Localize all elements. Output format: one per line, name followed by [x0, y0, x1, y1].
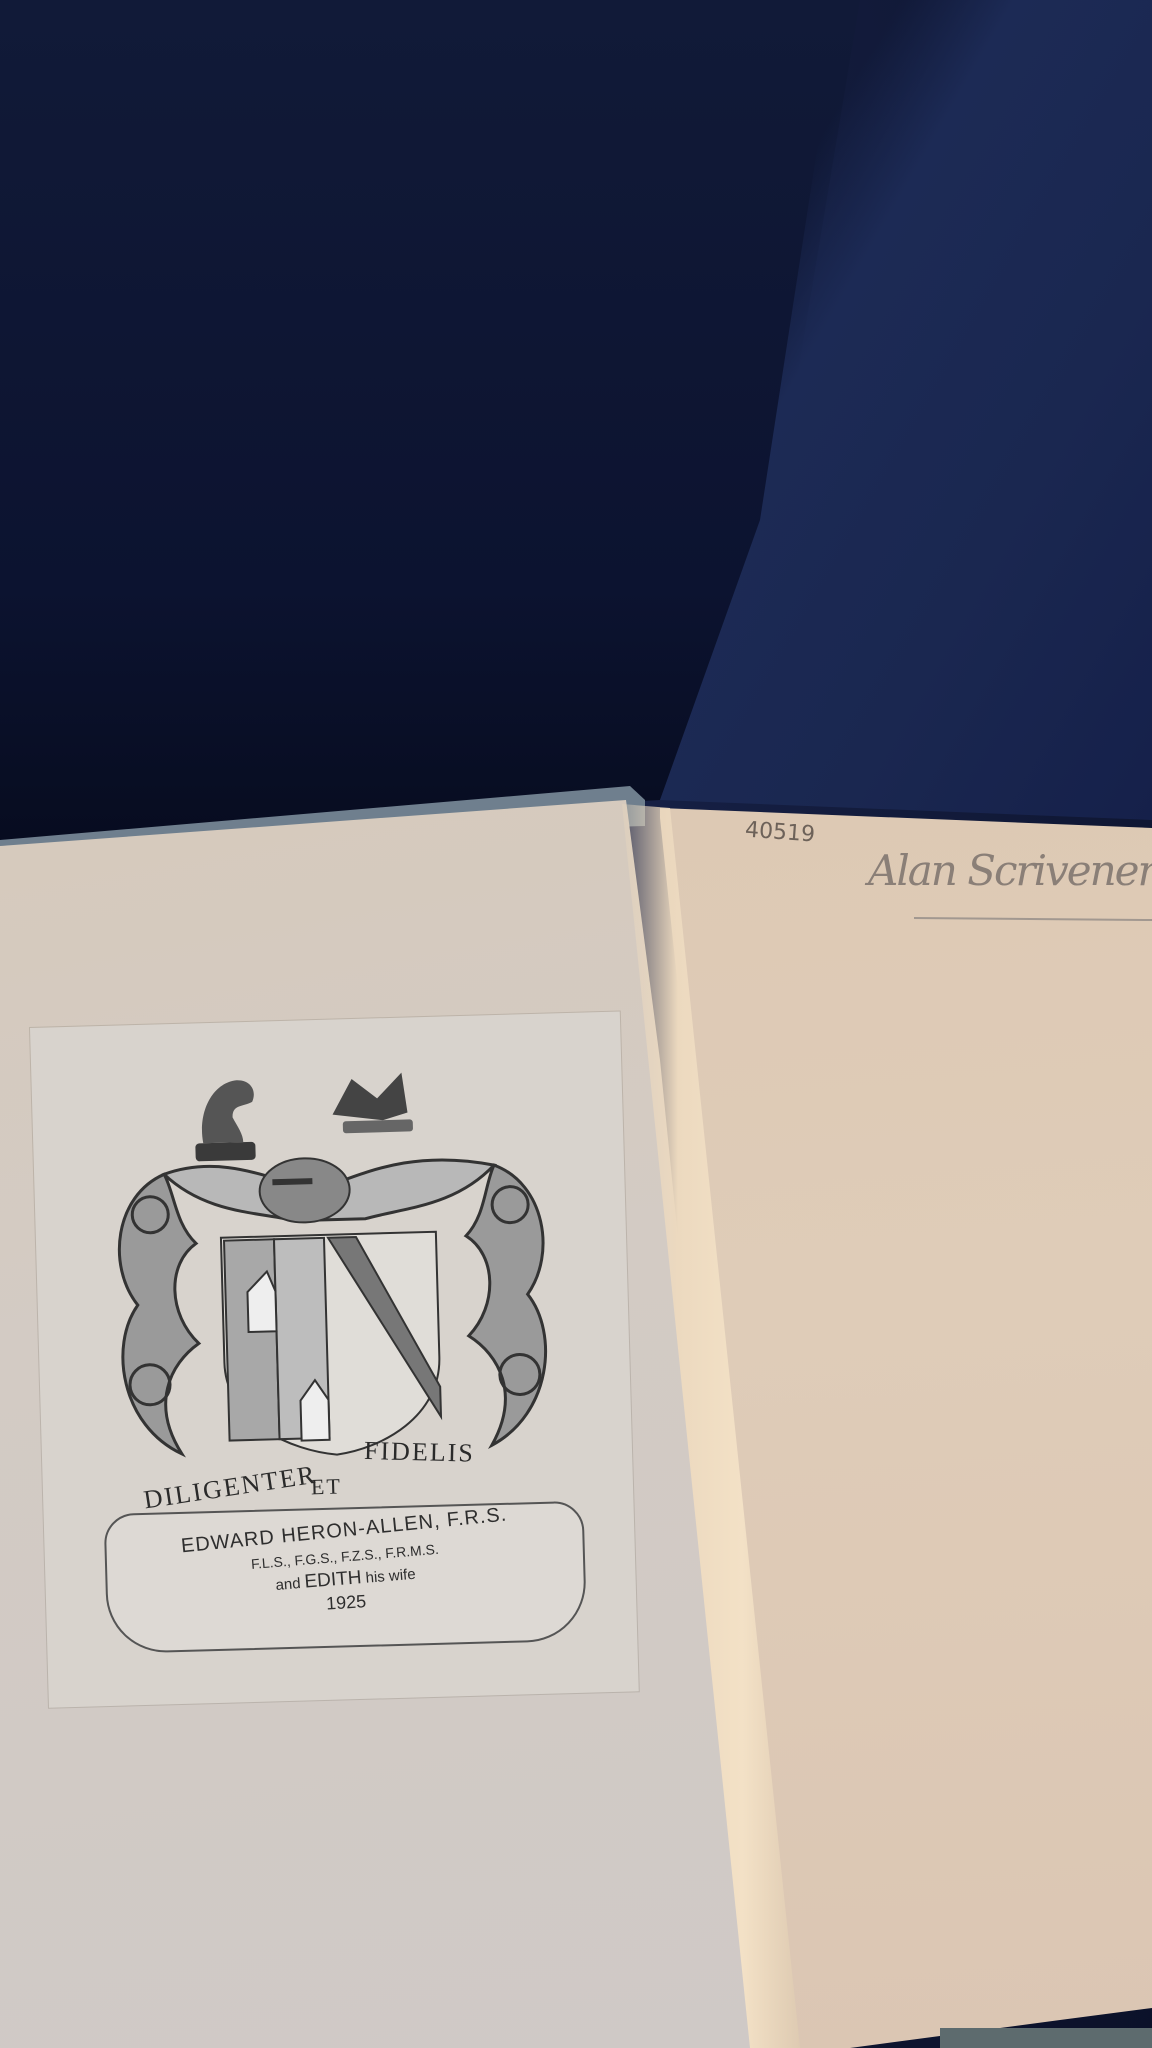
quartered-shield-icon: [221, 1232, 442, 1458]
motto-word-fidelis: FIDELIS: [364, 1436, 475, 1469]
wife-suffix: his wife: [365, 1566, 416, 1587]
pencil-inventory-number: 40519: [744, 818, 816, 848]
coat-of-arms-icon: [101, 1053, 563, 1485]
horse-head-crest-icon: [194, 1080, 256, 1162]
motto-word-et: ET: [311, 1473, 343, 1500]
pencil-signature: Alan Scrivener: [868, 846, 1152, 895]
photo-scene: DILIGENTER ET FIDELIS EDWARD HERON-ALLEN…: [0, 0, 1152, 2048]
owner-inscription: EDWARD HERON-ALLEN, F.R.S. F.L.S., F.G.S…: [104, 1513, 586, 1620]
motto-word-diligenter: DILIGENTER: [142, 1460, 319, 1516]
eagle-crest-icon: [331, 1072, 413, 1133]
armorial-bookplate: DILIGENTER ET FIDELIS EDWARD HERON-ALLEN…: [30, 1012, 639, 1708]
wife-prefix: and: [275, 1575, 301, 1594]
book-cover-corner: [940, 2028, 1152, 2048]
wife-name: EDITH: [304, 1567, 363, 1593]
